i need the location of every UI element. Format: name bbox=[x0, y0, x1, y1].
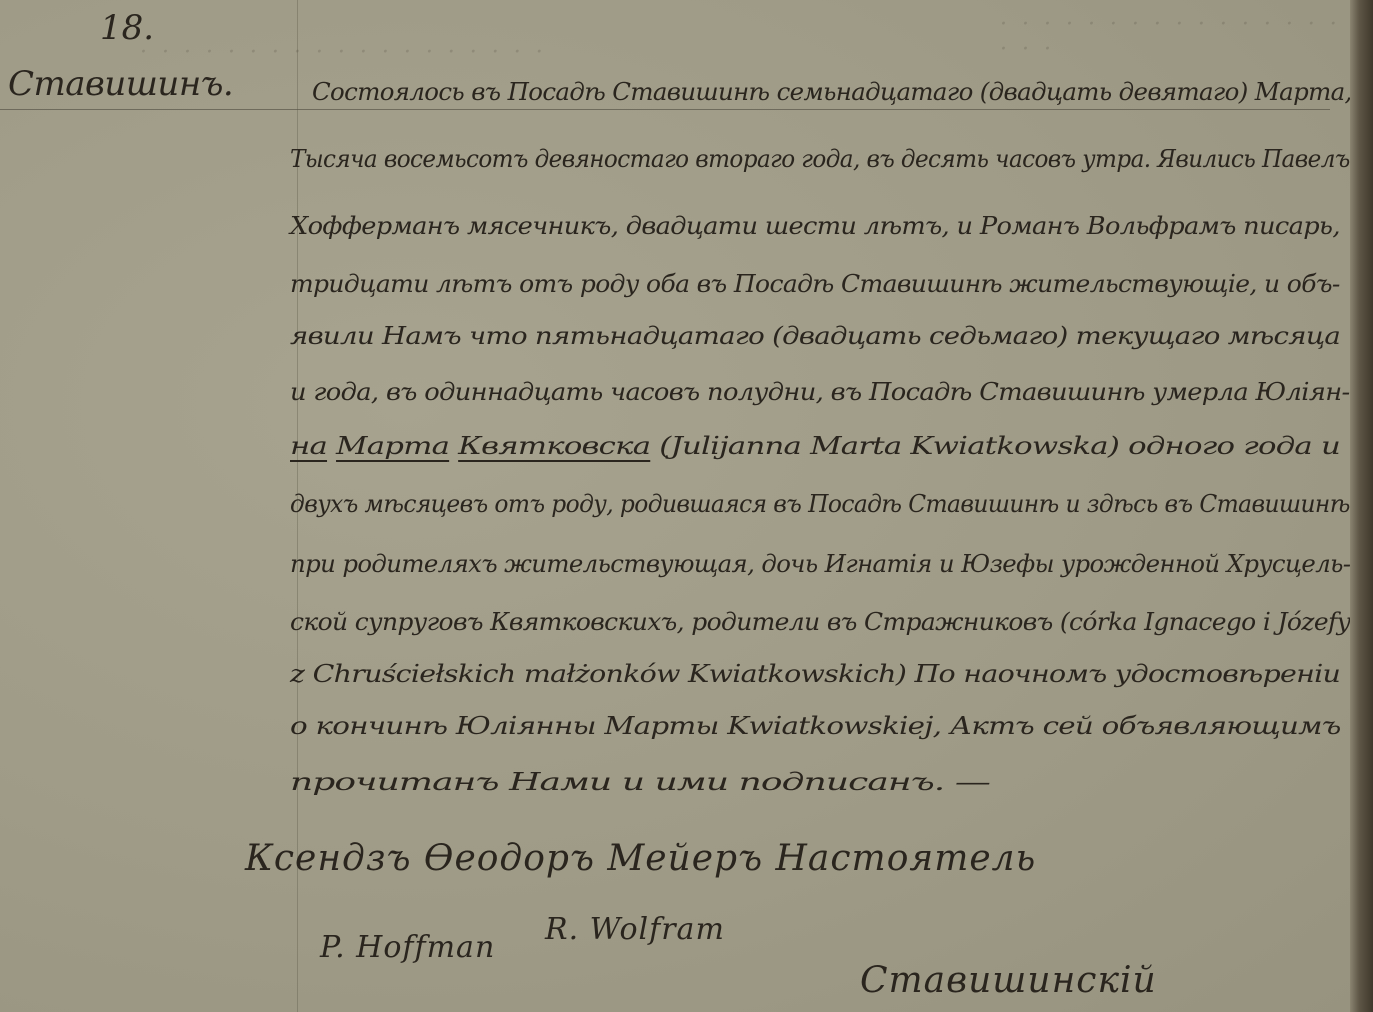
record-line-10: ской супруговъ Квятковскихъ, родители въ… bbox=[290, 608, 1350, 636]
book-binding-edge bbox=[1350, 0, 1373, 1012]
polish-name-insertion: (Julijanna Marta Kwiatkowska) одного год… bbox=[650, 432, 1340, 460]
record-line-2: Тысяча восемьсотъ девяностаго втораго го… bbox=[290, 145, 1350, 173]
record-line-12: о кончинѣ Юліянны Марты Kwiatkowskiej, А… bbox=[290, 712, 1341, 740]
margin-place-name: Ставишинъ. bbox=[8, 64, 233, 104]
deceased-surname: Квятковска bbox=[458, 432, 650, 460]
deceased-name-part: Марта bbox=[336, 432, 449, 460]
entry-number: 18. bbox=[100, 8, 154, 48]
record-line-3: Хофферманъ мясечникъ, двадцати шести лѣт… bbox=[290, 212, 1340, 240]
document-page: · · · · · · · · · · · · · · · · · · · · … bbox=[0, 0, 1350, 1012]
record-line-13: прочитанъ Нами и ими подписанъ. — bbox=[290, 768, 990, 796]
record-line-1: Состоялось въ Посадѣ Ставишинѣ семьнадца… bbox=[312, 78, 1352, 106]
deceased-name-part: на bbox=[290, 432, 327, 460]
record-line-5: явили Намъ что пятьнадцатаго (двадцать с… bbox=[290, 322, 1340, 350]
signature-registrar: Ставишинскій bbox=[860, 960, 1157, 1001]
record-line-11: z Chruściełskich małżonków Kwiatkowskich… bbox=[290, 660, 1340, 688]
record-line-9: при родителяхъ жительствующая, дочь Игна… bbox=[290, 550, 1350, 578]
record-line-7: на Марта Квятковска (Julijanna Marta Kwi… bbox=[290, 432, 1340, 460]
record-line-8: двухъ мѣсяцевъ отъ роду, родившаяся въ П… bbox=[290, 490, 1350, 518]
bleed-through-text: · · · · · · · · · · · · · · · · · · · bbox=[1000, 12, 1350, 62]
record-line-4: тридцати лѣтъ отъ роду оба въ Посадѣ Ста… bbox=[290, 270, 1340, 298]
signature-witness-1: P. Hoffman bbox=[320, 930, 495, 965]
signature-official: Ксендзъ Өеодоръ Мейеръ Настоятель bbox=[245, 838, 1036, 879]
bleed-through-text: · · · · · · · · · · · · · · · · · · · bbox=[140, 40, 547, 65]
header-rule bbox=[0, 109, 1330, 110]
signature-witness-2: R. Wolfram bbox=[545, 912, 725, 947]
record-line-6: и года, въ одиннадцать часовъ полудни, в… bbox=[290, 378, 1350, 406]
